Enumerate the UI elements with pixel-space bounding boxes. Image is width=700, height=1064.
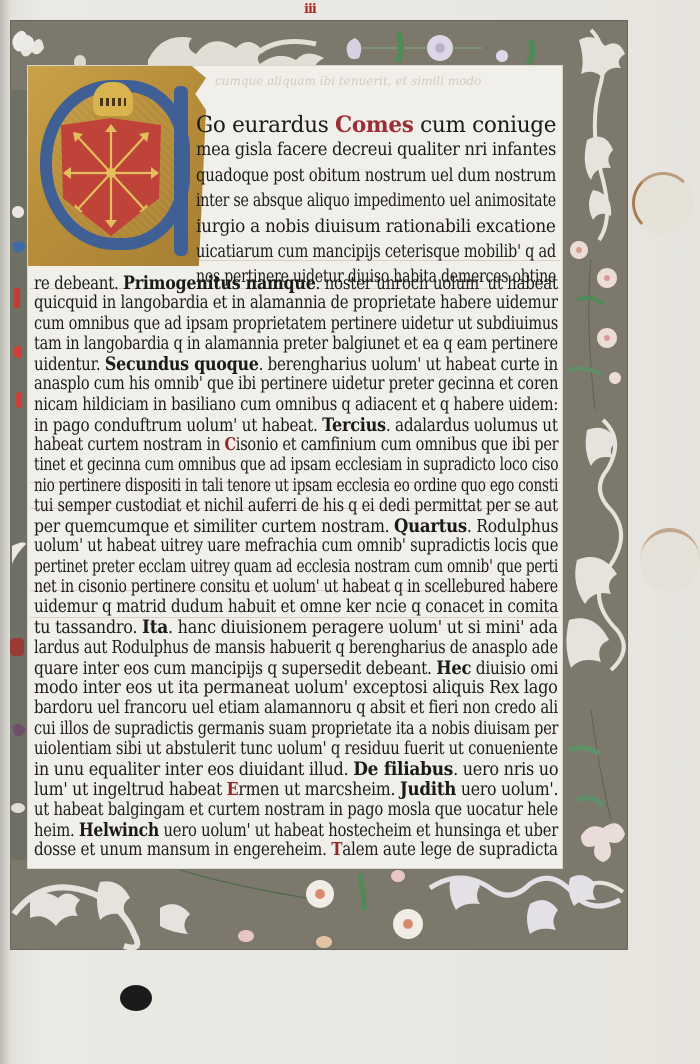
ring-stain bbox=[632, 172, 694, 234]
text-run: inter se absque aliquo impedimento uel a… bbox=[196, 191, 556, 211]
text-run: alem aute lege de supradicta bbox=[342, 840, 558, 860]
ink-blot bbox=[120, 985, 152, 1011]
helmet-visor bbox=[100, 98, 126, 106]
right-border-foliage bbox=[563, 20, 628, 950]
text-run: cum coniuge bbox=[414, 113, 557, 138]
rubricated-letter: T bbox=[331, 840, 342, 860]
text-line: iurgio a nobis diuisum rationabili excat… bbox=[196, 214, 556, 241]
text-run: iurgio a nobis diuisum rationabili excat… bbox=[196, 217, 556, 237]
text-line: Go eurardus Comes cum coniuge bbox=[196, 112, 556, 139]
text-run: dosse et unum mansum in engereheim. bbox=[34, 840, 331, 860]
top-border-foliage bbox=[10, 20, 628, 70]
manuscript-page: iii bbox=[0, 0, 700, 1064]
water-stain bbox=[640, 528, 700, 592]
text-line: dosse et unum mansum in engereheim. Tale… bbox=[34, 837, 558, 864]
text-run: uicatiarum cum mancipijs ceterisque mobi… bbox=[196, 242, 556, 262]
folio-number: iii bbox=[304, 2, 316, 17]
text-run: Go eurardus bbox=[196, 113, 335, 138]
rubricated-letter: Comes bbox=[335, 112, 414, 138]
text-line: quadoque post obitum nostrum uel dum nos… bbox=[196, 163, 556, 190]
text-line: uicatiarum cum mancipijs ceterisque mobi… bbox=[196, 239, 556, 266]
text-run: mea gisla facere decreui qualiter nri in… bbox=[196, 140, 556, 160]
text-run: quadoque post obitum nostrum uel dum nos… bbox=[196, 166, 556, 186]
text-line: mea gisla facere decreui qualiter nri in… bbox=[196, 137, 556, 164]
initial-letter-stem bbox=[174, 86, 188, 256]
text-line: inter se absque aliquo impedimento uel a… bbox=[196, 188, 556, 215]
bottom-border-foliage bbox=[10, 868, 628, 950]
